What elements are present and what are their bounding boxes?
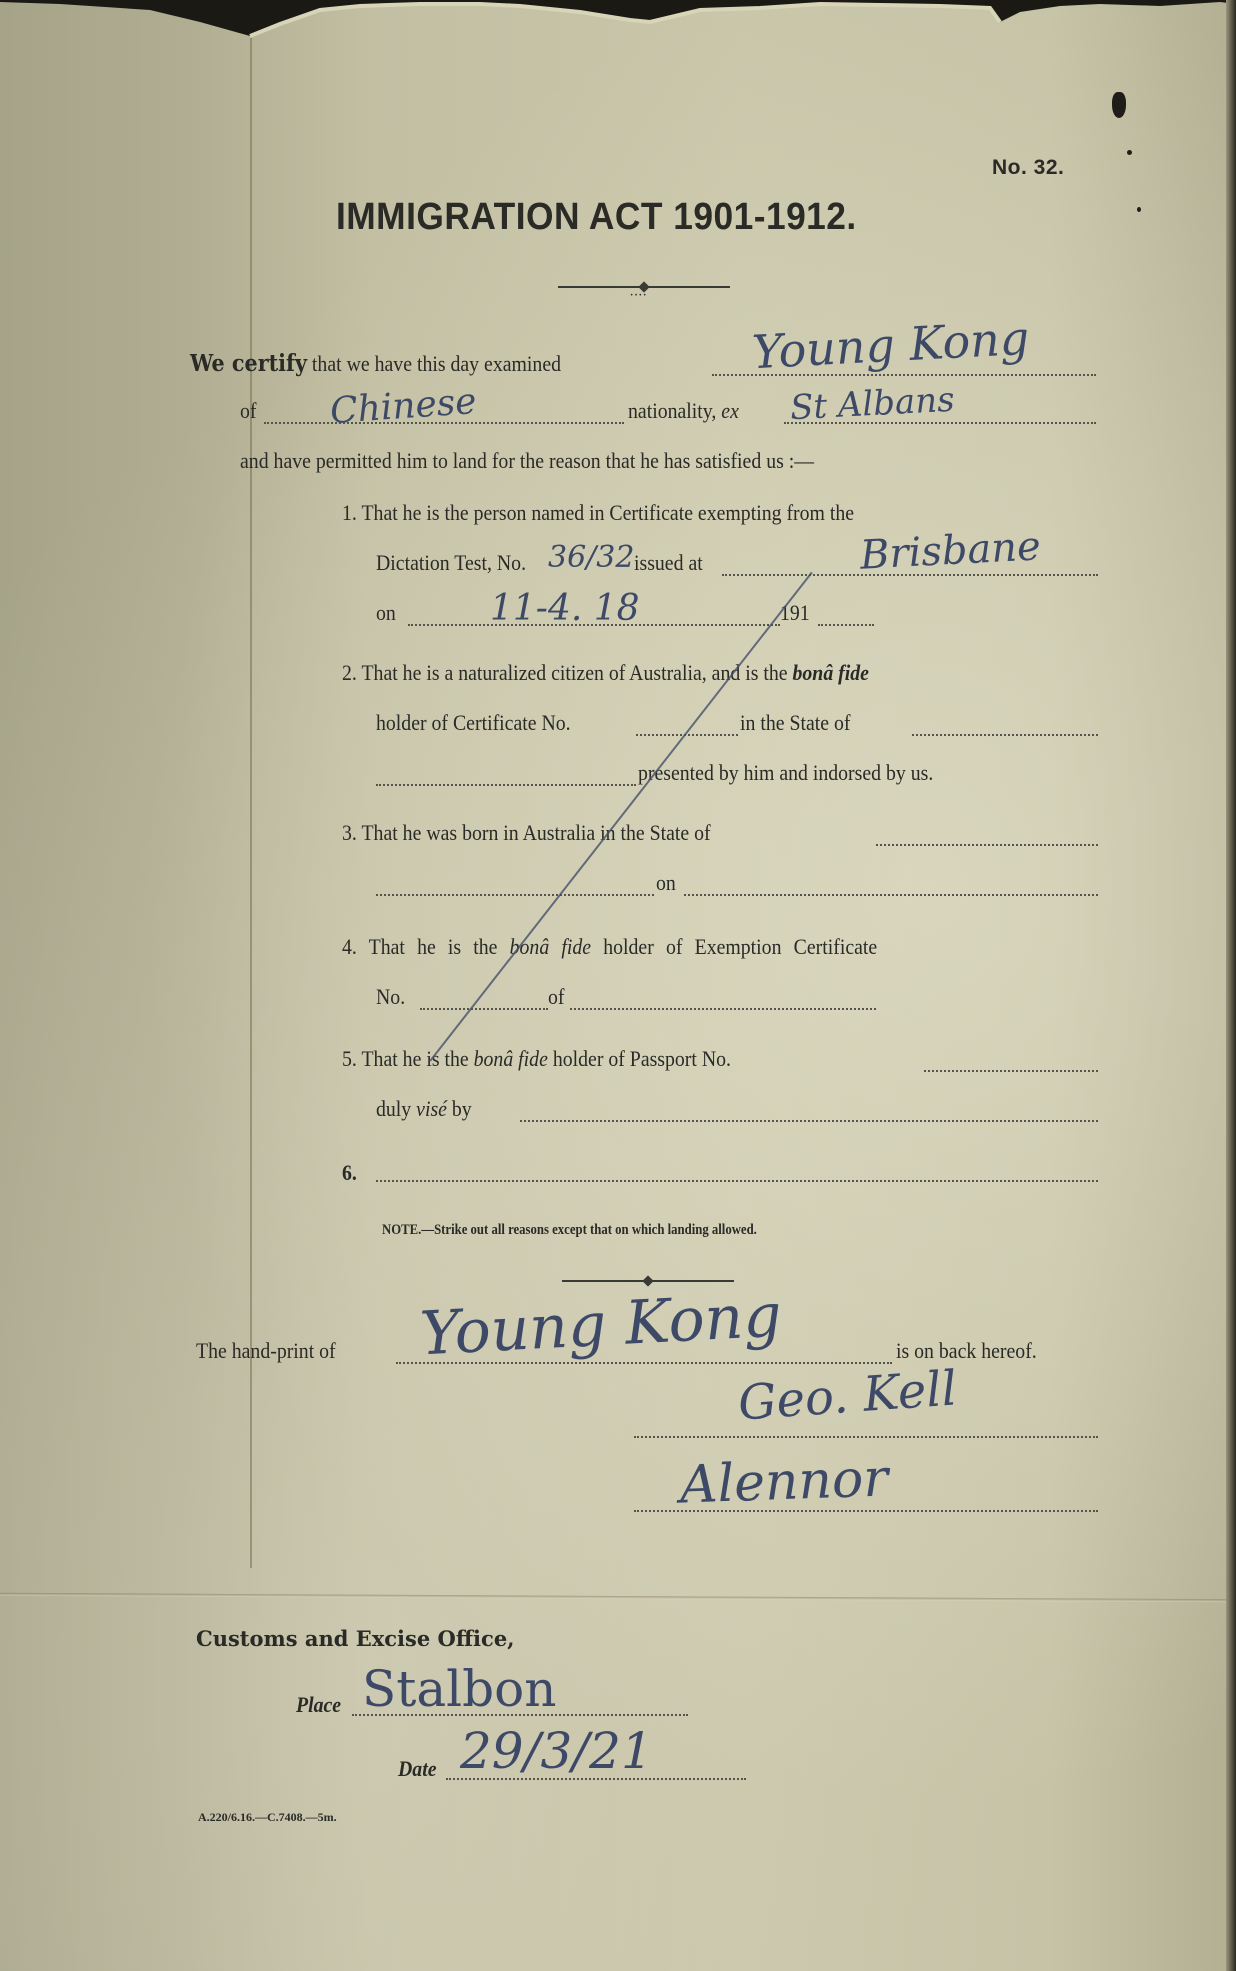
- officer-signature-1: Geo. Kell: [736, 1360, 958, 1431]
- reason-2-line-1: 2. That he is a naturalized citizen of A…: [342, 660, 869, 686]
- date-value: 29/3/21: [460, 1722, 653, 1780]
- reason-2-line-2-b: in the State of: [740, 710, 851, 736]
- handprint-suffix: is on back hereof.: [896, 1338, 1037, 1364]
- reason-4-no-line: [420, 1008, 548, 1010]
- handprint-name-value: Young Kong: [418, 1281, 783, 1370]
- handprint-prefix: The hand-print of: [196, 1338, 336, 1364]
- note-label: NOTE.: [382, 1222, 421, 1238]
- note-divider: [562, 1280, 734, 1282]
- reason-3-line-1: 3. That he was born in Australia in the …: [342, 820, 711, 846]
- of-label: of: [240, 398, 256, 424]
- reason-5-line-1: 5. That he is the bonâ fide holder of Pa…: [342, 1046, 731, 1072]
- examined-name-value: Young Kong: [751, 311, 1031, 379]
- reason-2-number: 2.: [342, 660, 357, 685]
- document-page: No. 32. IMMIGRATION ACT 1901-1912. ···· …: [0, 0, 1236, 1971]
- reason-5-number: 5.: [342, 1046, 357, 1071]
- nationality-value: Chinese: [329, 381, 478, 432]
- title-divider: [558, 286, 730, 288]
- reason-2-cert-no-line: [636, 734, 738, 736]
- place-label: Place: [296, 1692, 341, 1718]
- ink-spot: [1137, 207, 1141, 212]
- ink-stain: [1112, 92, 1126, 118]
- strike-out-line: [429, 572, 812, 1061]
- ship-value: St Albans: [789, 380, 955, 429]
- nationality-label: nationality,: [628, 398, 716, 423]
- reason-4-of-line: [570, 1008, 876, 1010]
- torn-top-edge: [0, 0, 1236, 60]
- year-field-line: [818, 624, 874, 626]
- reason-2-state-line: [912, 734, 1098, 736]
- ex-label: ex: [721, 398, 739, 423]
- ink-spot: [1127, 150, 1132, 155]
- horizontal-fold-crease: [0, 1593, 1236, 1602]
- vise-by-line: [520, 1120, 1098, 1122]
- page-title: IMMIGRATION ACT 1901-1912.: [336, 196, 857, 239]
- right-edge-shadow: [1226, 0, 1236, 1971]
- issued-at-label: issued at: [634, 550, 703, 576]
- reason-4-no-label: No.: [376, 984, 405, 1010]
- issued-at-value: Brisbane: [859, 523, 1042, 578]
- reason-3-state-line: [876, 844, 1098, 846]
- date-label: Date: [398, 1756, 436, 1782]
- permission-text: and have permitted him to land for the r…: [240, 448, 814, 474]
- signature-1-line: [634, 1436, 1098, 1438]
- place-value: Stalbon: [362, 1660, 556, 1718]
- reason-5-line-2: duly visé by: [376, 1096, 472, 1122]
- certify-text: that we have this day examined: [312, 351, 561, 376]
- reason-3-on-label: on: [656, 870, 676, 896]
- reason-2-line-3: presented by him and indorsed by us.: [638, 760, 933, 786]
- reason-3-line-2-b: [684, 894, 1098, 896]
- exemption-date-value: 11-4. 18: [490, 588, 640, 629]
- footer-print-code: A.220/6.16.—C.7408.—5m.: [198, 1810, 337, 1825]
- certify-line: We certify that we have this day examine…: [190, 350, 561, 377]
- reason-4-of-label: of: [548, 984, 564, 1010]
- form-number: No. 32.: [992, 156, 1064, 180]
- reason-6-line: [376, 1180, 1098, 1182]
- title-divider-dots: ····: [630, 290, 647, 301]
- reason-3-number: 3.: [342, 820, 357, 845]
- reason-2-line-2-a: holder of Certificate No.: [376, 710, 571, 736]
- reason-6-number: 6.: [342, 1160, 357, 1186]
- certify-prefix: We certify: [190, 350, 307, 377]
- signature-2-line: [634, 1510, 1098, 1512]
- reason-1-line-2: Dictation Test, No.: [376, 550, 526, 576]
- note: NOTE.—Strike out all reasons except that…: [382, 1222, 757, 1239]
- certificate-no-value: 36/32: [548, 540, 634, 575]
- nationality-label-group: nationality, ex: [628, 398, 739, 424]
- note-text: —Strike out all reasons except that on w…: [421, 1222, 757, 1238]
- reason-1-number: 1.: [342, 500, 357, 525]
- reason-2-line-3-field: [376, 784, 636, 786]
- reason-4-line-1: 4. That he is the bonâ fide holder of Ex…: [342, 934, 877, 960]
- passport-no-line: [924, 1070, 1098, 1072]
- reason-1-line-1: 1. That he is the person named in Certif…: [342, 500, 854, 526]
- office-heading: Customs and Excise Office,: [196, 1626, 515, 1651]
- reason-4-number: 4.: [342, 934, 357, 959]
- on-label: on: [376, 600, 396, 626]
- reason-3-line-2-a: [376, 894, 654, 896]
- officer-signature-2: Alennor: [679, 1448, 889, 1515]
